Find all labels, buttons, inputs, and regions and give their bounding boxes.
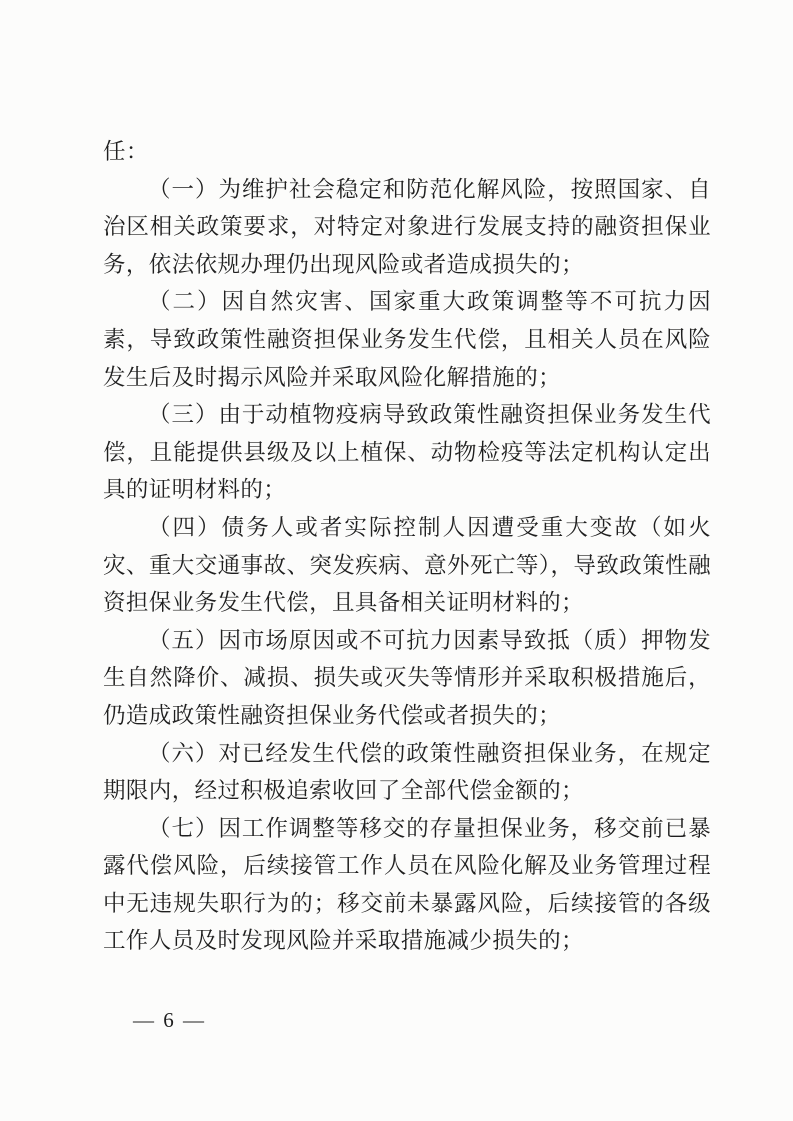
- clause-2: （二）因自然灾害、国家重大政策调整等不可抗力因素，导致政策性融资担保业务发生代偿…: [103, 283, 711, 396]
- clause-1: （一）为维护社会稳定和防范化解风险，按照国家、自治区相关政策要求，对特定对象进行…: [103, 171, 711, 284]
- document-body: 任： （一）为维护社会稳定和防范化解风险，按照国家、自治区相关政策要求，对特定对…: [103, 133, 711, 960]
- clause-5: （五）因市场原因或不可抗力因素导致抵（质）押物发生自然降价、减损、损失或灭失等情…: [103, 622, 711, 735]
- continuation-line: 任：: [103, 133, 711, 171]
- clause-6: （六）对已经发生代偿的政策性融资担保业务，在规定期限内，经过积极追索收回了全部代…: [103, 735, 711, 810]
- clause-4: （四）债务人或者实际控制人因遭受重大变故（如火灾、重大交通事故、突发疾病、意外死…: [103, 509, 711, 622]
- clause-3: （三）由于动植物疫病导致政策性融资担保业务发生代偿，且能提供县级及以上植保、动物…: [103, 396, 711, 509]
- document-page: 任： （一）为维护社会稳定和防范化解风险，按照国家、自治区相关政策要求，对特定对…: [0, 0, 793, 1121]
- clause-7: （七）因工作调整等移交的存量担保业务，移交前已暴露代偿风险，后续接管工作人员在风…: [103, 810, 711, 960]
- page-number: — 6 —: [133, 1005, 206, 1035]
